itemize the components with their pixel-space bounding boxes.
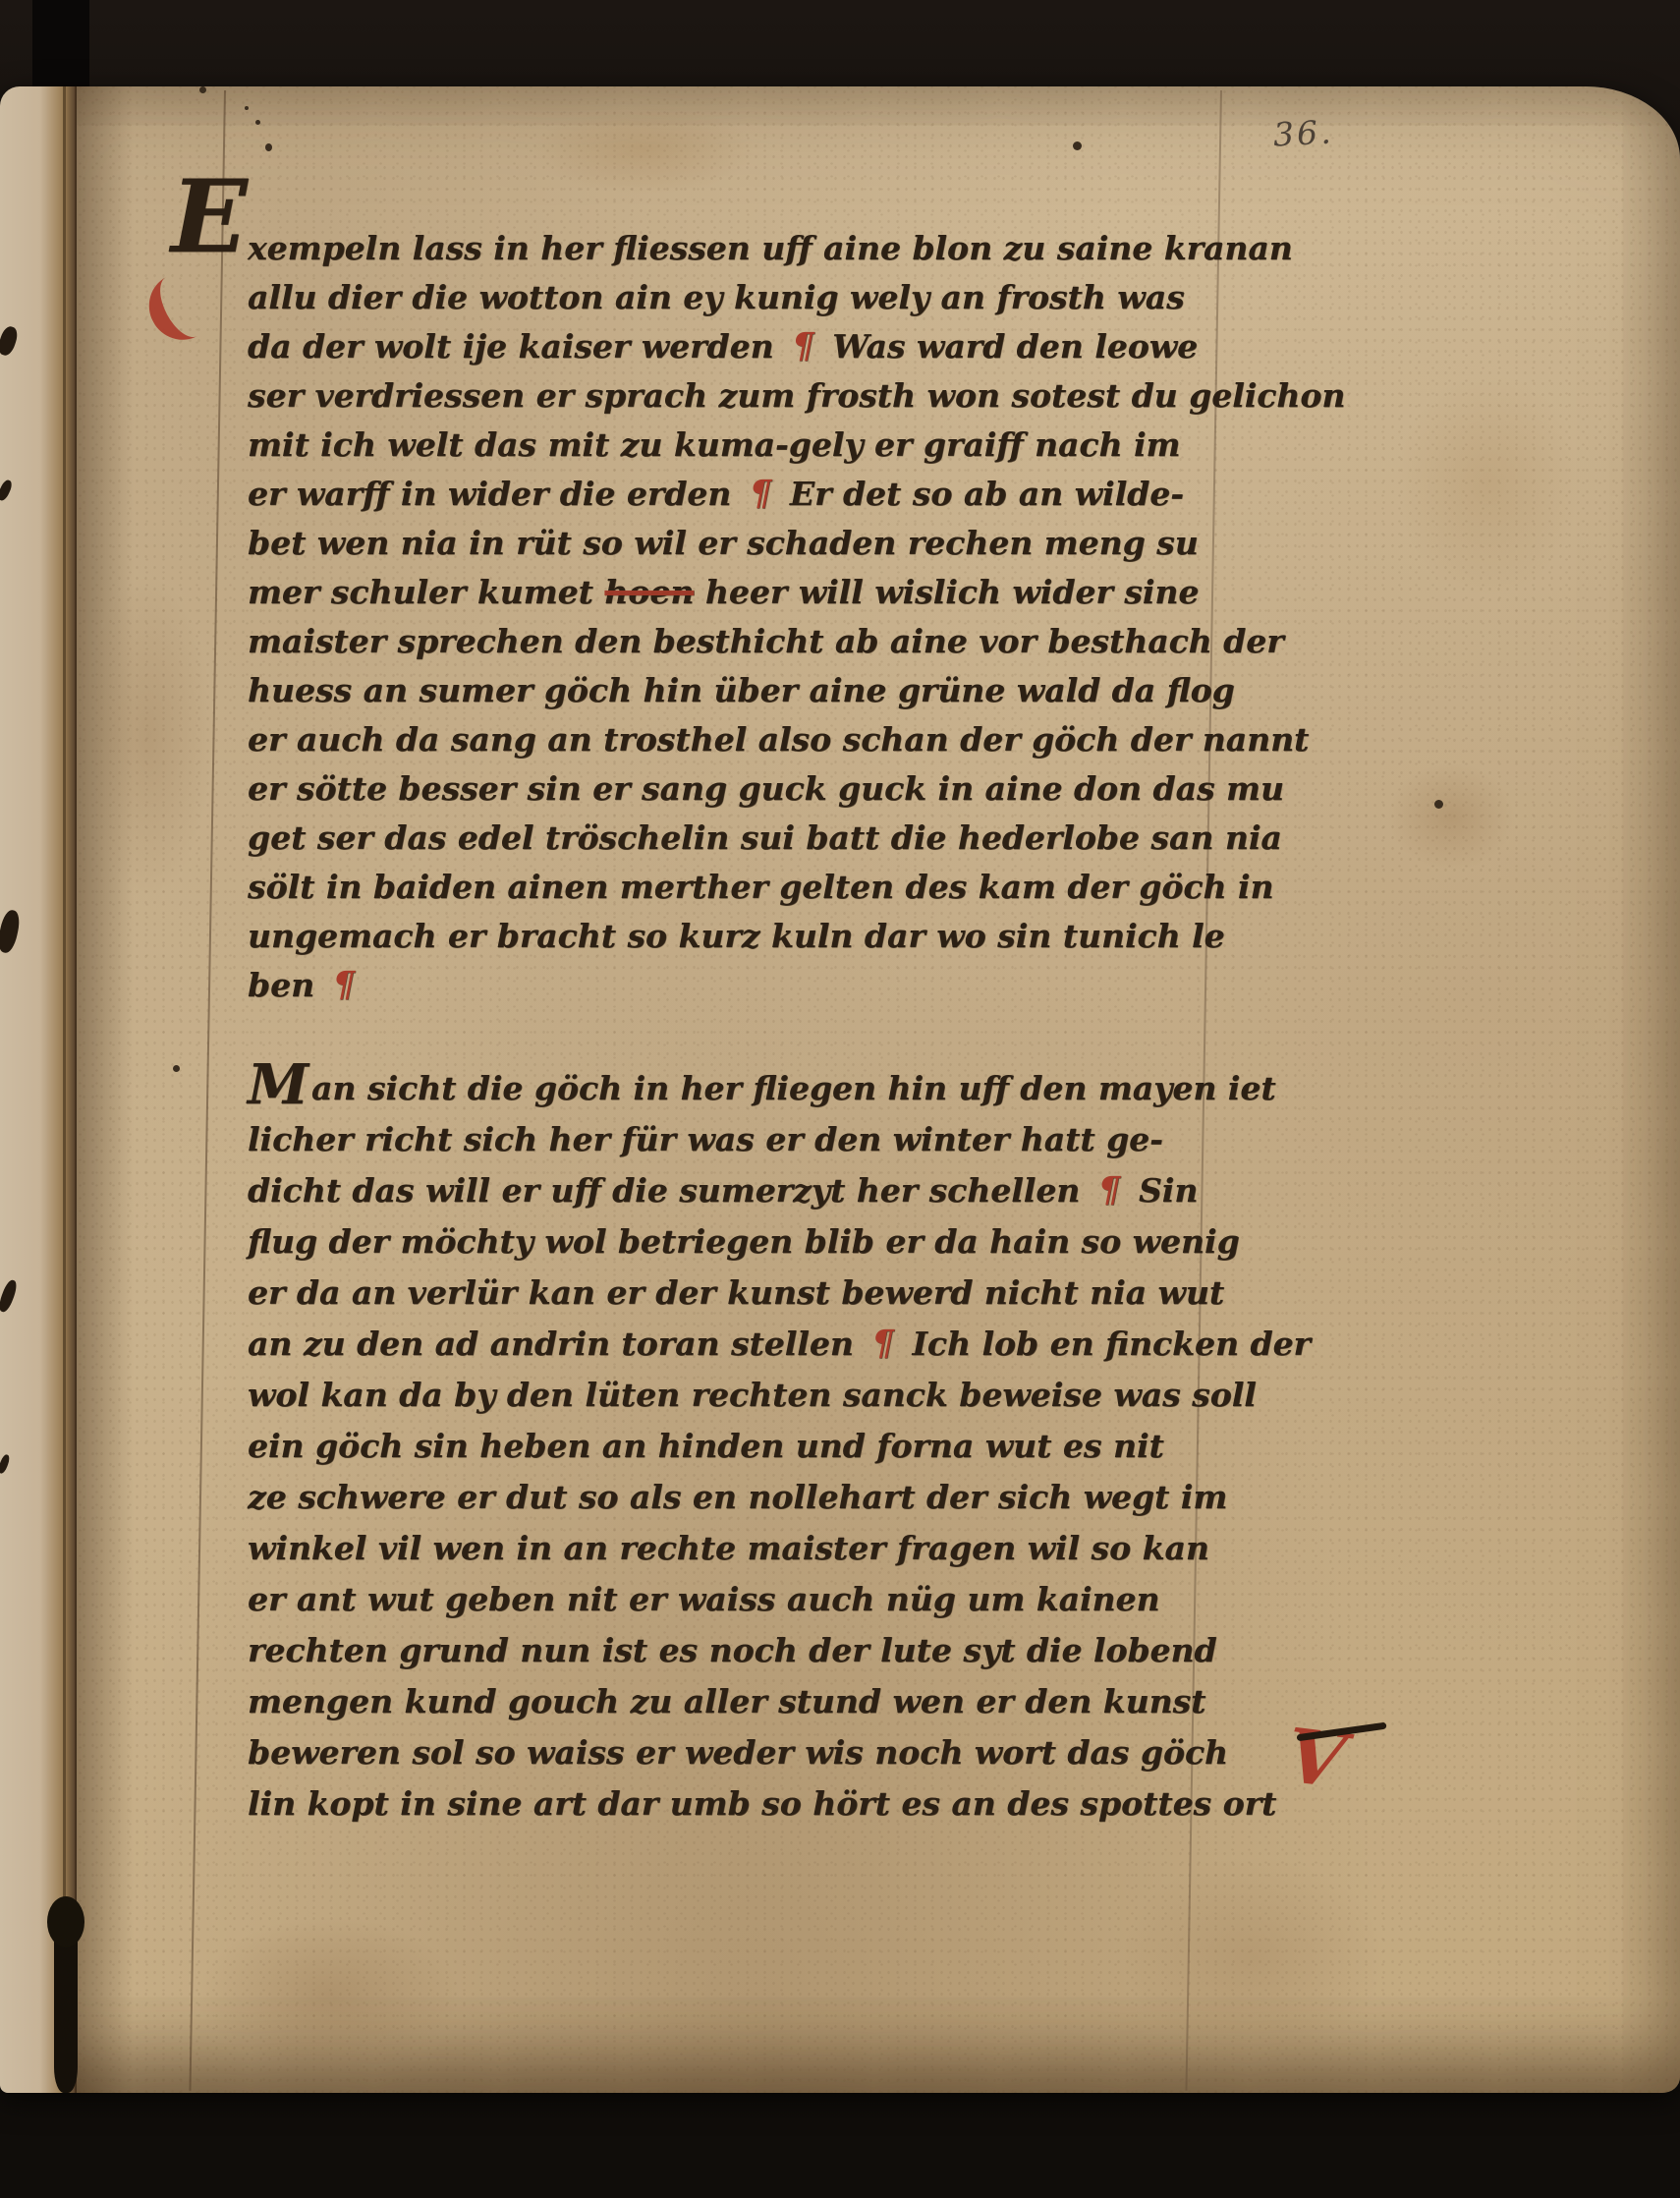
text-line: er da an verlür kan er der kunst bewerd … [248, 1268, 1240, 1319]
text-line: bet wen nia in rüt so wil er schaden rec… [248, 519, 1240, 568]
pilcrow-mark: ¶ [333, 965, 356, 1005]
text-line: beweren sol so waiss er weder wis noch w… [248, 1727, 1240, 1778]
text-line: licher richt sich her für was er den win… [248, 1114, 1240, 1165]
stain [1395, 371, 1582, 597]
text-line: mit ich welt das mit zu kuma-gely er gra… [248, 421, 1240, 470]
stain [1387, 762, 1515, 871]
text-line: da der wolt ije kaiser werden ¶ Was ward… [248, 322, 1240, 371]
end-flourish: V [1283, 1719, 1350, 1800]
text-line: flug der möchty wol betriegen blib er da… [248, 1216, 1240, 1268]
text-line: er ant wut geben nit er waiss auch nüg u… [248, 1574, 1240, 1625]
text-line: Man sicht die göch in her fliegen hin uf… [248, 1053, 1240, 1114]
red-struck-word: hoen [604, 573, 694, 611]
text-line: an zu den ad andrin toran stellen ¶ Ich … [248, 1319, 1240, 1370]
gutter-dark-blob [47, 1896, 84, 1947]
text-line: er auch da sang an trosthel also schan d… [248, 715, 1240, 764]
text-line: ein göch sin heben an hinden und forna w… [248, 1421, 1240, 1472]
text-line: winkel vil wen in an rechte maister frag… [248, 1523, 1240, 1574]
illuminated-initial: E [171, 167, 248, 267]
dust-speck [199, 86, 206, 93]
text-line: er warff in wider die erden ¶ Er det so … [248, 470, 1240, 519]
text-line: ser verdriessen er sprach zum frosth won… [248, 371, 1240, 421]
pilcrow-mark: ¶ [1098, 1170, 1121, 1211]
dust-speck [255, 120, 260, 125]
binding-clamp [32, 0, 89, 92]
stain [196, 1916, 462, 2073]
text-line: wol kan da by den lüten rechten sanck be… [248, 1370, 1240, 1421]
pilcrow-mark: ¶ [871, 1324, 894, 1364]
text-line: sölt in baiden ainen merther gelten des … [248, 863, 1240, 912]
dust-speck [1434, 800, 1443, 809]
text-line: get ser das edel tröschelin sui batt die… [248, 814, 1240, 863]
manuscript-scan: 36. Exempeln lass in her fliessen uff ai… [0, 0, 1680, 2198]
pilcrow-mark: ¶ [792, 326, 814, 366]
text-line: ungemach er bracht so kurz kuln dar wo s… [248, 912, 1240, 961]
text-block: Exempeln lass in her fliessen uff aine b… [248, 224, 1240, 1830]
stain [1120, 1855, 1385, 2061]
dust-speck [245, 106, 249, 110]
pilcrow-mark: ¶ [750, 474, 772, 514]
paragraph-1: Exempeln lass in her fliessen uff aine b… [248, 224, 1240, 1010]
text-line: rechten grund nun ist es noch der lute s… [248, 1625, 1240, 1676]
paragraph-2: Man sicht die göch in her fliegen hin uf… [248, 1053, 1240, 1830]
page-fold-crease [63, 86, 66, 2093]
dust-speck [173, 1065, 180, 1072]
text-line: maister sprechen den besthicht ab aine v… [248, 617, 1240, 666]
text-line: mengen kund gouch zu aller stund wen er … [248, 1676, 1240, 1727]
text-line: lin kopt in sine art dar umb so hört es … [248, 1778, 1240, 1830]
text-line: dicht das will er uff die sumerzyt her s… [248, 1165, 1240, 1216]
text-line: ze schwere er dut so als en nollehart de… [248, 1472, 1240, 1523]
dust-speck [265, 143, 272, 151]
illuminated-initial: M [248, 1057, 308, 1112]
text-line: mer schuler kumet hoen heer will wislich… [248, 568, 1240, 617]
text-line: huess an sumer göch hin über aine grüne … [248, 666, 1240, 715]
folio-number: 36. [1272, 112, 1334, 153]
stain [531, 106, 756, 195]
text-line: er sötte besser sin er sang guck guck in… [248, 764, 1240, 814]
text-line: Exempeln lass in her fliessen uff aine b… [248, 224, 1240, 273]
text-line: ben ¶ [248, 961, 1240, 1010]
ruling-line-left [189, 90, 226, 2091]
dust-speck [1073, 141, 1082, 150]
gutter-shadow [75, 86, 134, 2093]
manuscript-page: 36. Exempeln lass in her fliessen uff ai… [0, 86, 1680, 2093]
text-line: allu dier die wotton ain ey kunig wely a… [248, 273, 1240, 322]
